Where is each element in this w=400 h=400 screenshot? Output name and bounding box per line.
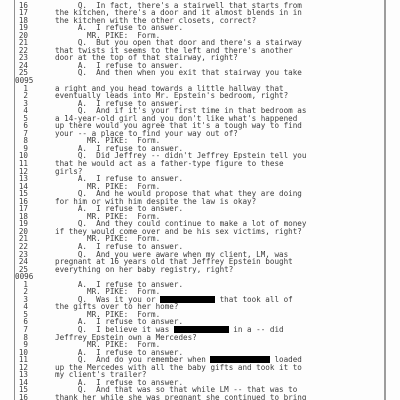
page-number: 0096 xyxy=(0,273,33,281)
transcript-line: 25 Q. And then when you exit that stairw… xyxy=(0,69,400,77)
transcript-line: 25everything on her baby registry, right… xyxy=(0,266,400,274)
transcript-page: 16 Q. In fact, there's a stairwell that … xyxy=(0,0,400,400)
line-text: Q. And then when you exit that stairway … xyxy=(28,69,302,77)
line-text: everything on her baby registry, right? xyxy=(28,266,233,274)
transcript-rows: 16 Q. In fact, there's a stairwell that … xyxy=(0,2,400,400)
line-number: 16 xyxy=(0,394,28,400)
redaction-bar xyxy=(174,326,229,333)
transcript-line: 16thank her while she was pregnant she c… xyxy=(0,394,400,400)
line-text: thank her while she was pregnant she con… xyxy=(28,394,306,400)
page-number: 0095 xyxy=(0,77,33,85)
